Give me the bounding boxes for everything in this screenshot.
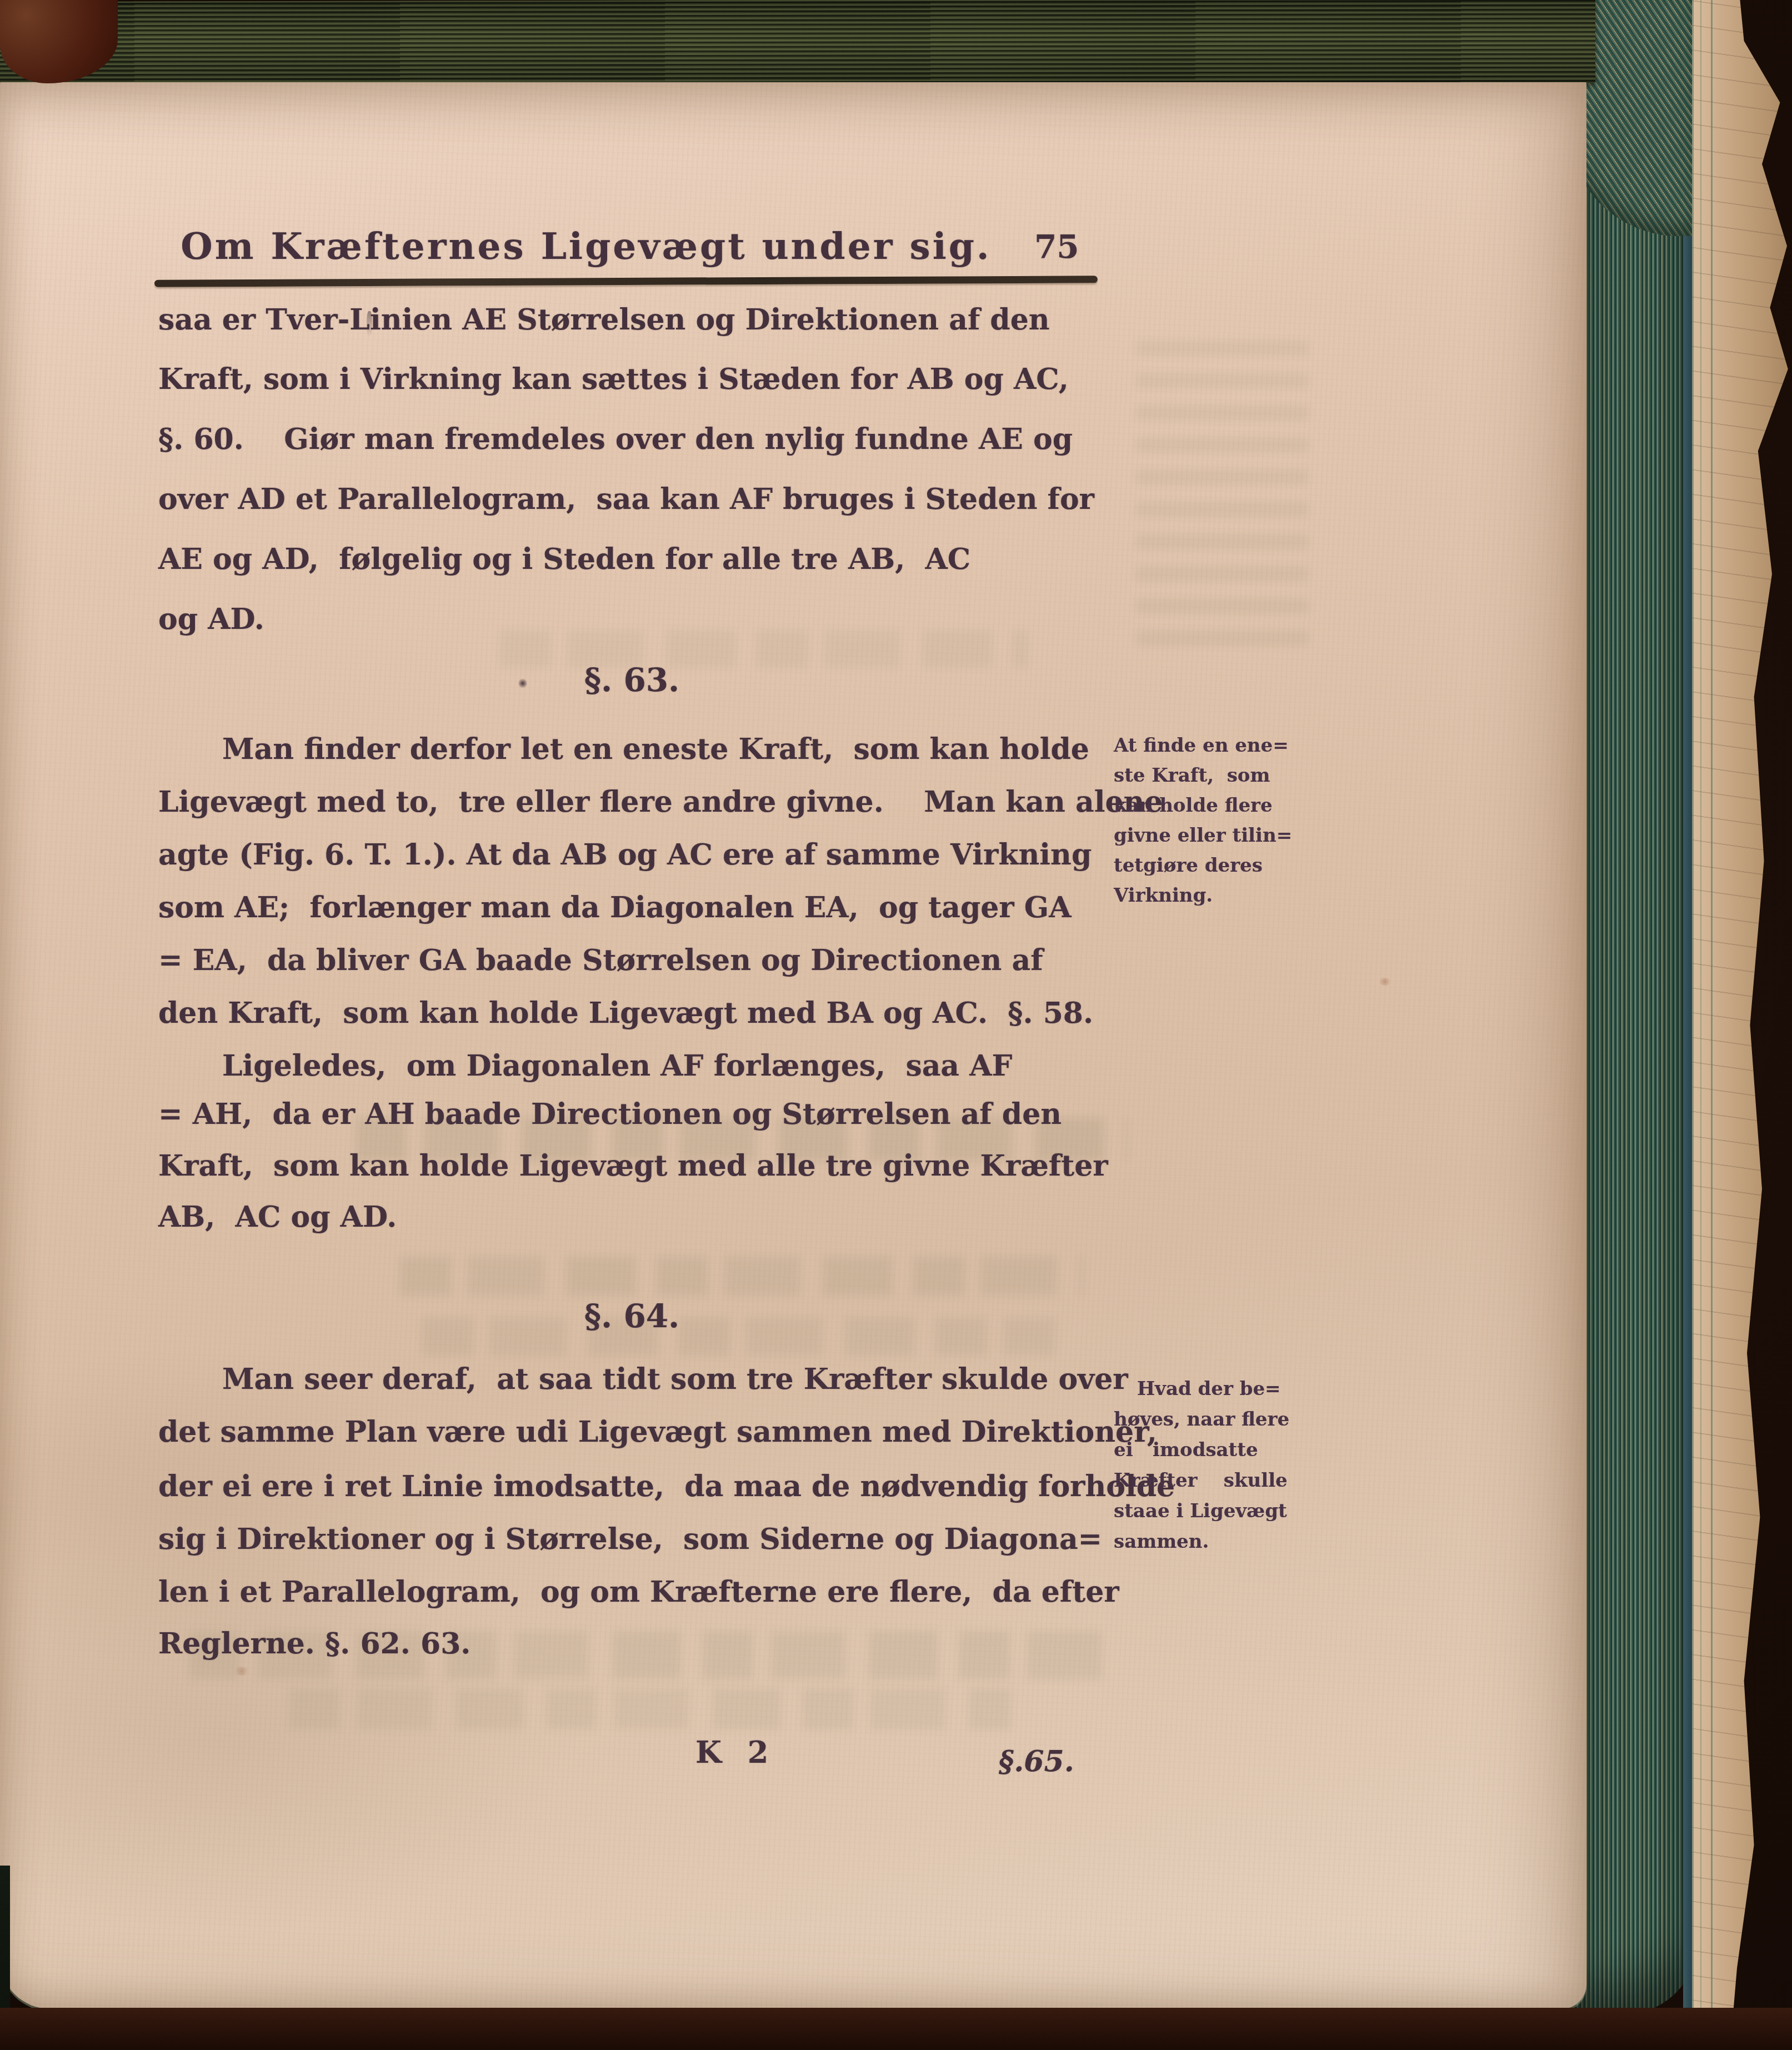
margin-note-line: givne eller tilin=	[1114, 824, 1305, 847]
margin-note-line: sammen.	[1114, 1531, 1305, 1553]
margin-note-line: ste Kraft, som	[1114, 764, 1305, 787]
margin-note-line: Kræfter skulle	[1114, 1469, 1305, 1492]
margin-note-line: tetgiøre deres	[1114, 854, 1305, 877]
bottom-cover-band	[0, 2008, 1792, 2050]
margin-note-line: Virkning.	[1114, 884, 1305, 907]
book-scan-scene: Om Kræfternes Ligevægt under sig. 75 saa…	[0, 0, 1792, 2050]
bleed-through-text	[400, 1257, 1083, 1296]
text-line: og AD.	[158, 602, 1105, 636]
text-line: Ligevægt med to, tre eller flere andre g…	[158, 785, 1105, 819]
bleed-through-text	[1136, 340, 1308, 646]
text-line: det samme Plan være udi Ligevægt sammen …	[158, 1415, 1105, 1449]
margin-note-line: At finde en ene=	[1114, 734, 1305, 757]
book-top-edge	[0, 0, 1595, 86]
paper-speck	[367, 311, 372, 337]
margin-note-line: høves, naar flere	[1114, 1408, 1305, 1431]
text-line: Reglerne. §. 62. 63.	[158, 1627, 1105, 1661]
text-line: §. 60. Giør man fremdeles over den nylig…	[158, 422, 1105, 456]
text-line: Man finder derfor let en eneste Kraft, s…	[158, 732, 1169, 766]
text-line: len i et Parallelogram, og om Kræfterne …	[158, 1575, 1105, 1609]
text-line: saa er Tver-Linien AE Størrelsen og Dire…	[158, 303, 1105, 337]
margin-note-line: kan holde flere	[1114, 794, 1305, 817]
text-line: Man seer deraf, at saa tidt som tre Kræf…	[158, 1362, 1169, 1396]
torn-flyleaf-strip	[1692, 0, 1792, 2050]
page-number: 75	[1034, 228, 1079, 266]
text-line: der ei ere i ret Linie imodsatte, da maa…	[158, 1469, 1105, 1503]
text-line: AE og AD, følgelig og i Steden for alle …	[158, 542, 1105, 576]
margin-note-line: ei imodsatte	[1114, 1439, 1305, 1461]
text-line: = EA, da bliver GA baade Størrelsen og D…	[158, 943, 1105, 977]
bleed-through-text	[289, 1688, 1011, 1730]
text-line: Kraft, som i Virkning kan sættes i Stæde…	[158, 362, 1105, 396]
paper-speck	[233, 1667, 250, 1676]
text-line: over AD et Parallelogram, saa kan AF bru…	[158, 482, 1105, 516]
text-line: sig i Direktioner og i Størrelse, som Si…	[158, 1522, 1105, 1556]
text-line: = AH, da er AH baade Directionen og Stør…	[158, 1097, 1105, 1131]
catchword: §.65.	[999, 1744, 1074, 1778]
signature-mark: K 2	[695, 1734, 776, 1770]
torn-strip-hairlines	[1692, 0, 1716, 2050]
margin-note-line: staae i Ligevægt	[1114, 1500, 1305, 1522]
text-line: den Kraft, som kan holde Ligevægt med BA…	[158, 996, 1105, 1030]
text-line: AB, AC og AD.	[158, 1200, 1105, 1234]
text-line: Kraft, som kan holde Ligevægt med alle t…	[158, 1149, 1105, 1183]
paper-speck	[1378, 978, 1392, 986]
margin-note-line: Hvad der be=	[1114, 1378, 1329, 1400]
section-heading: §. 63.	[158, 661, 1105, 699]
running-title: Om Kræfternes Ligevægt under sig.	[158, 224, 1014, 268]
text-line: Ligeledes, om Diagonalen AF forlænges, s…	[158, 1049, 1169, 1083]
book-fore-edge-pages	[1575, 0, 1692, 2018]
text-line: agte (Fig. 6. T. 1.). At da AB og AC ere…	[158, 838, 1105, 872]
text-line: som AE; forlænger man da Diagonalen EA, …	[158, 891, 1105, 924]
section-heading: §. 64.	[158, 1297, 1105, 1335]
